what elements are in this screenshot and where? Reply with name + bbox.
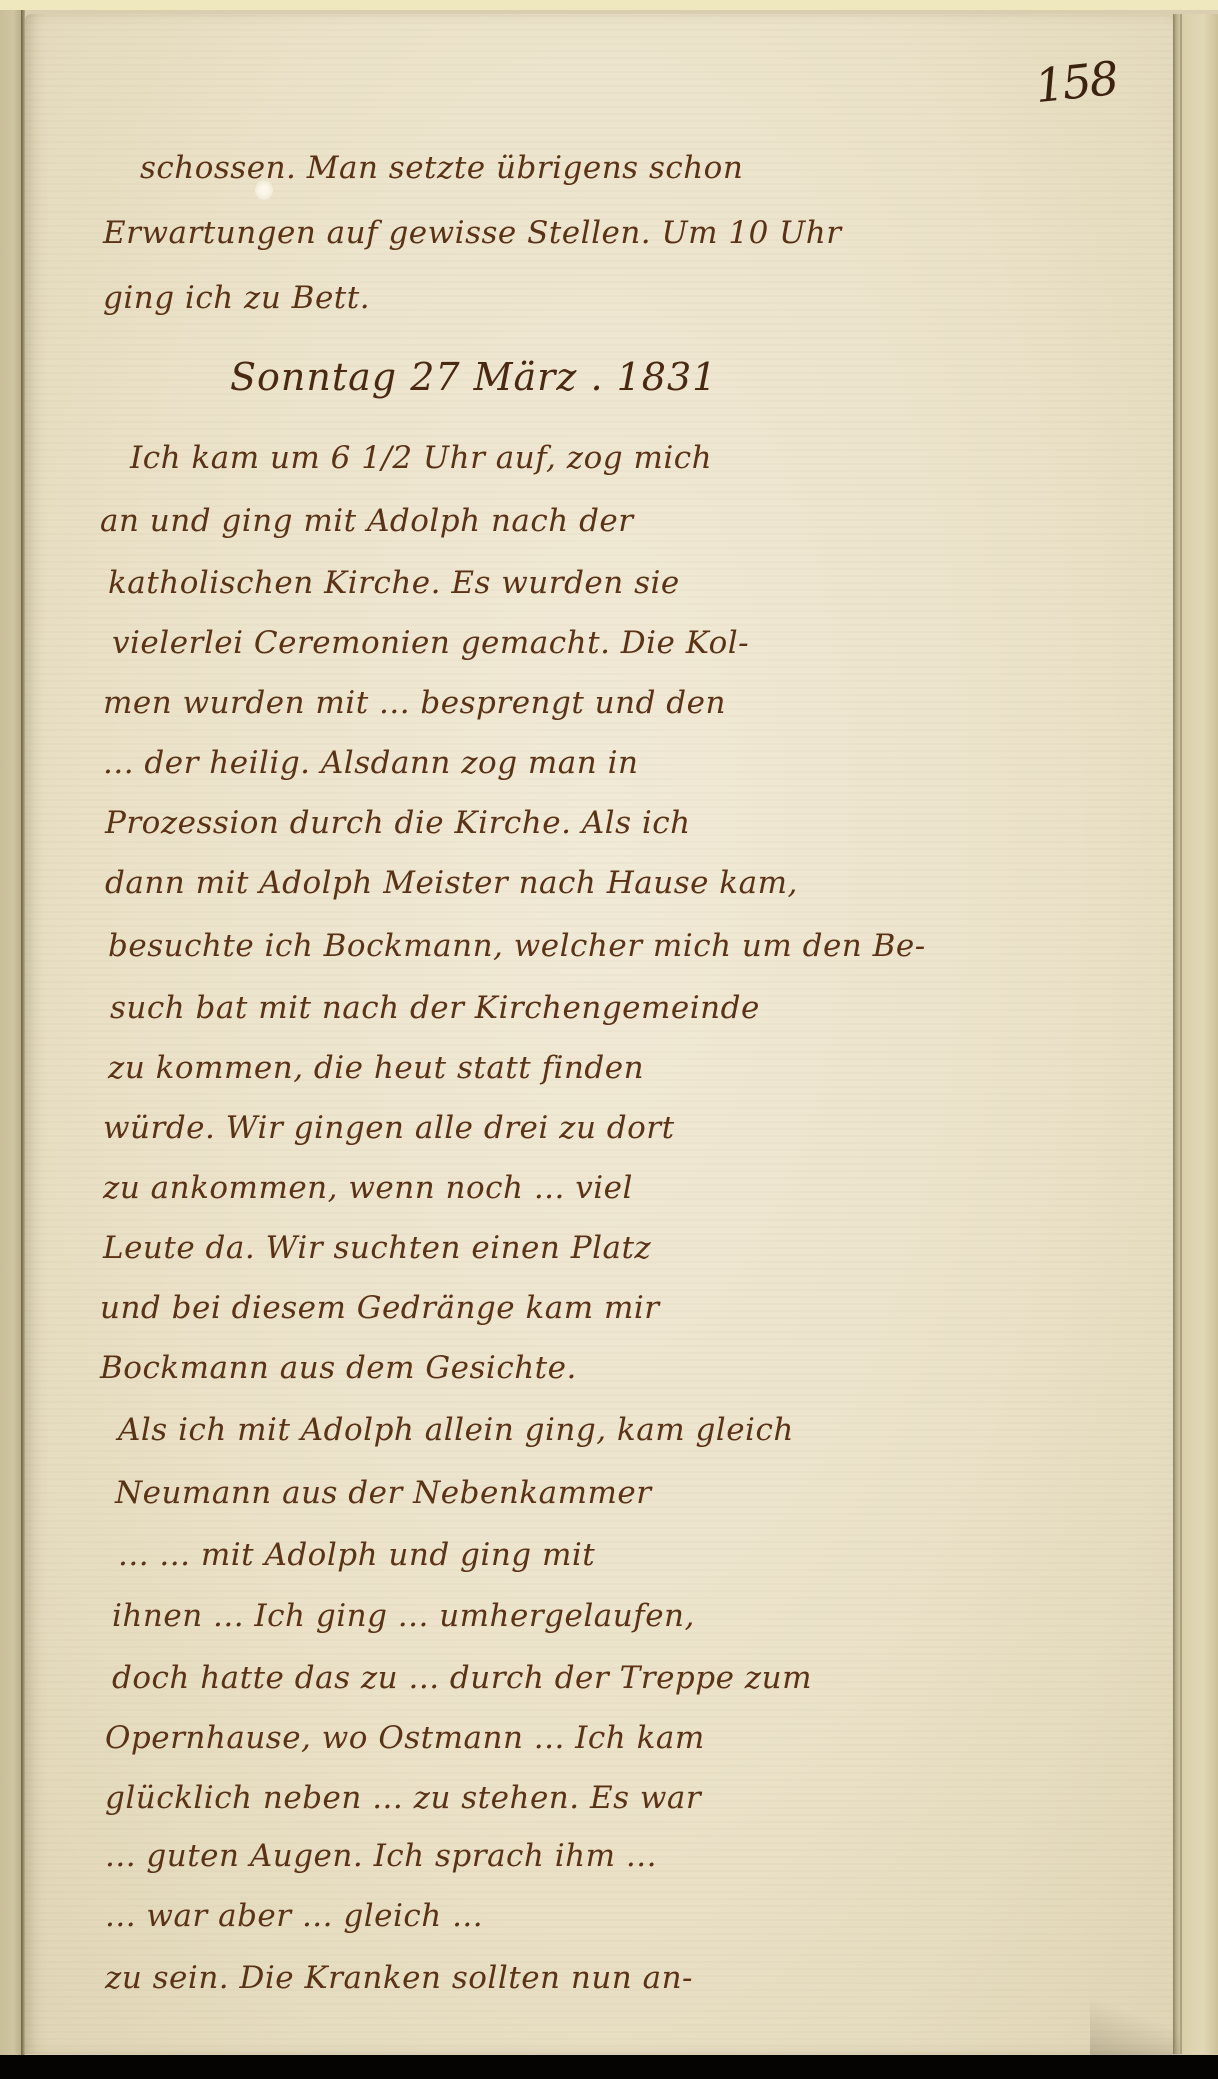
- manuscript-line: Erwartungen auf gewisse Stellen. Um 10 U…: [103, 215, 842, 251]
- entry-date-heading: Sonntag 27 März . 1831: [230, 355, 717, 399]
- manuscript-line: doch hatte das zu ... durch der Treppe z…: [112, 1660, 812, 1696]
- manuscript-line: such bat mit nach der Kirchengemeinde: [110, 990, 760, 1026]
- manuscript-line: vielerlei Ceremonien gemacht. Die Kol-: [112, 625, 749, 661]
- page-corner-shadow: [1090, 1990, 1180, 2055]
- manuscript-line: men wurden mit ... besprengt und den: [103, 685, 726, 721]
- manuscript-line: Als ich mit Adolph allein ging, kam glei…: [118, 1412, 794, 1448]
- manuscript-line: Bockmann aus dem Gesichte.: [100, 1350, 577, 1386]
- manuscript-line: dann mit Adolph Meister nach Hause kam,: [105, 865, 798, 901]
- manuscript-line: Leute da. Wir suchten einen Platz: [103, 1230, 651, 1266]
- scan-top-strip: [0, 0, 1218, 10]
- manuscript-line: zu sein. Die Kranken sollten nun an-: [105, 1960, 693, 1996]
- manuscript-line: an und ging mit Adolph nach der: [100, 503, 634, 539]
- scan-bottom-border: [0, 2055, 1218, 2079]
- folio-number: 158: [1032, 51, 1119, 113]
- manuscript-line: Opernhause, wo Ostmann ... Ich kam: [105, 1720, 705, 1756]
- page-fold-line: [1180, 14, 1182, 2054]
- manuscript-line: glücklich neben ... zu stehen. Es war: [105, 1780, 701, 1816]
- manuscript-line: ... der heilig. Alsdann zog man in: [103, 745, 638, 781]
- manuscript-line: würde. Wir gingen alle drei zu dort: [103, 1110, 675, 1146]
- manuscript-line: Prozession durch die Kirche. Als ich: [105, 805, 691, 841]
- manuscript-line: ... ... mit Adolph und ging mit: [118, 1537, 595, 1573]
- manuscript-line: ging ich zu Bett.: [103, 280, 370, 316]
- manuscript-line: Neumann aus der Nebenkammer: [115, 1475, 652, 1511]
- manuscript-line: zu kommen, die heut statt finden: [108, 1050, 644, 1086]
- manuscript-line: ... guten Augen. Ich sprach ihm ...: [105, 1838, 657, 1874]
- manuscript-line: besuchte ich Bockmann, welcher mich um d…: [108, 928, 926, 964]
- manuscript-line: und bei diesem Gedränge kam mir: [100, 1290, 660, 1326]
- manuscript-line: ihnen ... Ich ging ... umhergelaufen,: [112, 1598, 695, 1634]
- manuscript-line: Ich kam um 6 1/2 Uhr auf, zog mich: [130, 440, 712, 476]
- manuscript-line: ... war aber ... gleich ...: [105, 1898, 483, 1934]
- manuscript-line: zu ankommen, wenn noch ... viel: [103, 1170, 633, 1206]
- manuscript-line: schossen. Man setzte übrigens schon: [140, 150, 743, 186]
- manuscript-line: katholischen Kirche. Es wurden sie: [108, 565, 680, 601]
- previous-leaf-edge: [0, 10, 22, 2055]
